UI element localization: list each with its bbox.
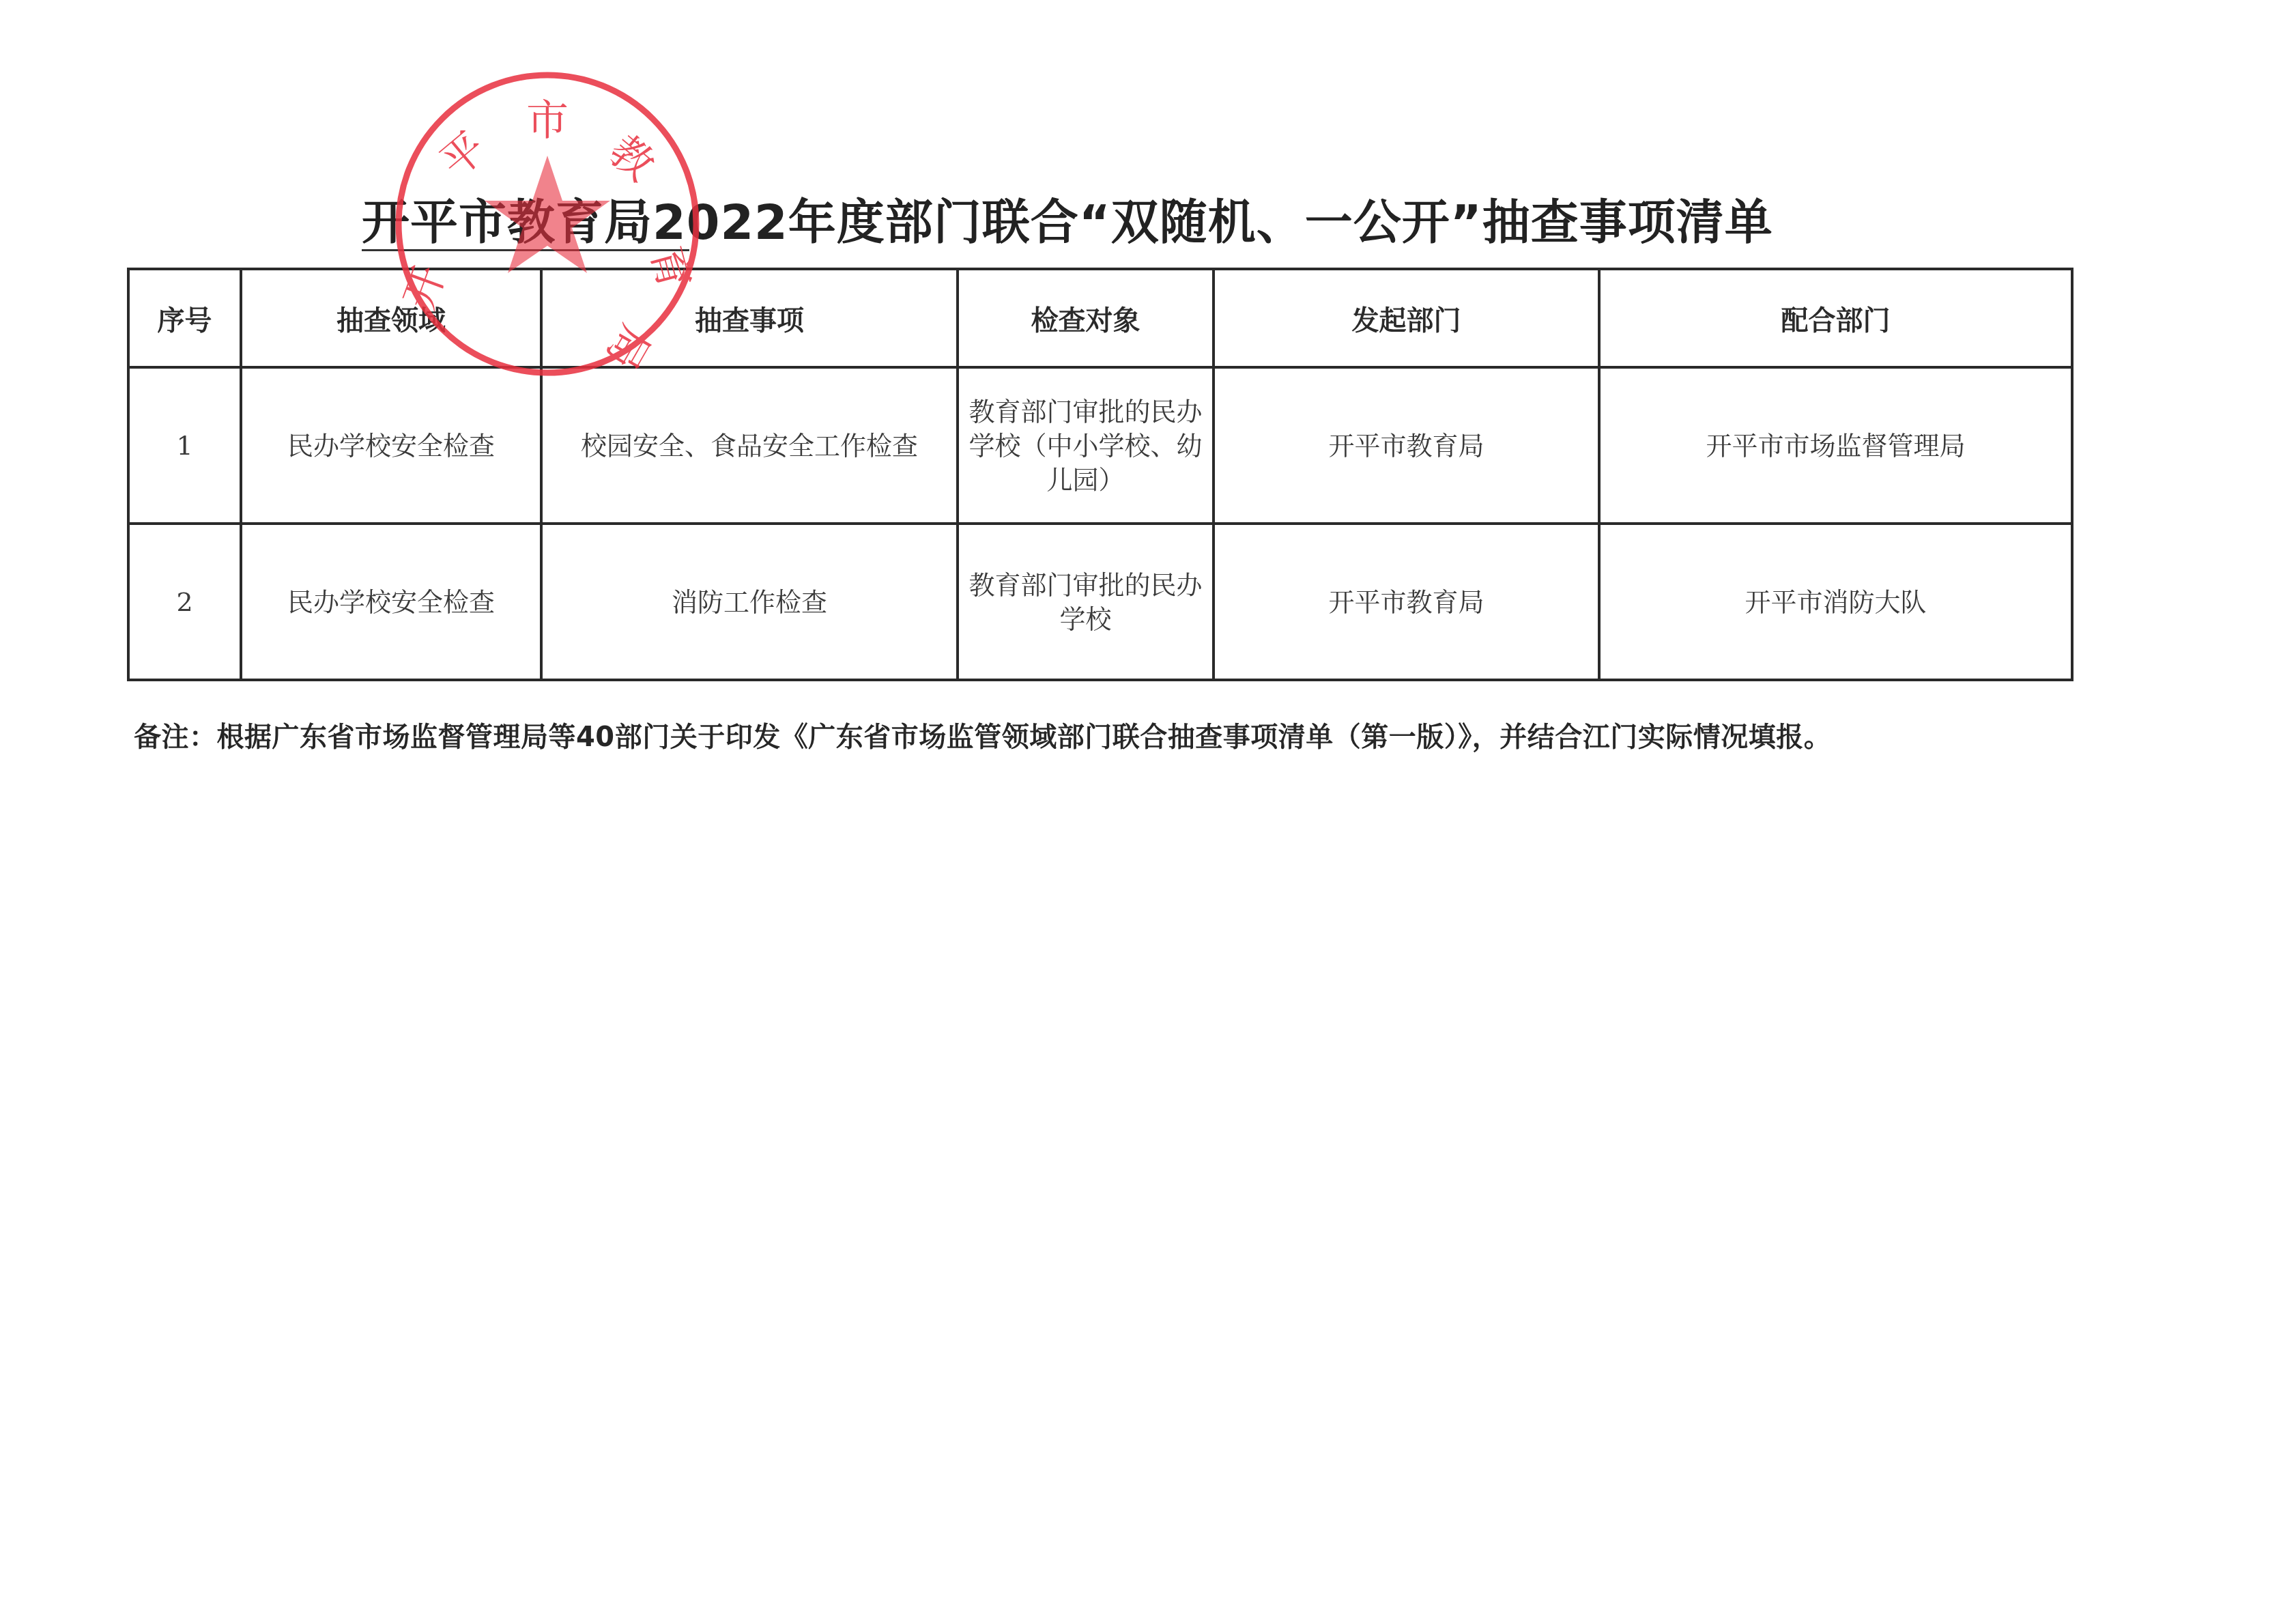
header-item: 抽查事项 bbox=[541, 269, 958, 367]
document-title: 开平市教育局2022年度部门联合“双随机、一公开”抽查事项清单 bbox=[362, 184, 1932, 253]
cell-cooperator: 开平市消防大队 bbox=[1599, 524, 2072, 680]
cell-cooperator: 开平市市场监督管理局 bbox=[1599, 367, 2072, 524]
header-index: 序号 bbox=[128, 269, 241, 367]
title-underline bbox=[362, 249, 689, 251]
cell-index: 2 bbox=[128, 524, 241, 680]
header-initiator: 发起部门 bbox=[1214, 269, 1599, 367]
header-domain: 抽查领域 bbox=[241, 269, 541, 367]
title-block: 开平市教育局2022年度部门联合“双随机、一公开”抽查事项清单 bbox=[362, 184, 1932, 253]
cell-target: 教育部门审批的民办学校 bbox=[958, 524, 1214, 680]
table-row: 1 民办学校安全检查 校园安全、食品安全工作检查 教育部门审批的民办学校（中小学… bbox=[128, 367, 2072, 524]
cell-item: 校园安全、食品安全工作检查 bbox=[541, 367, 958, 524]
footnote: 备注：根据广东省市场监督管理局等40部门关于印发《广东省市场监管领域部门联合抽查… bbox=[134, 715, 1831, 754]
stamp-char: 平 bbox=[431, 122, 495, 188]
table-header-row: 序号 抽查领域 抽查事项 检查对象 发起部门 配合部门 bbox=[128, 269, 2072, 367]
inspection-table: 序号 抽查领域 抽查事项 检查对象 发起部门 配合部门 1 民办学校安全检查 校… bbox=[127, 268, 2073, 681]
cell-item: 消防工作检查 bbox=[541, 524, 958, 680]
cell-domain: 民办学校安全检查 bbox=[241, 367, 541, 524]
cell-domain: 民办学校安全检查 bbox=[241, 524, 541, 680]
table-row: 2 民办学校安全检查 消防工作检查 教育部门审批的民办学校 开平市教育局 开平市… bbox=[128, 524, 2072, 680]
stamp-char: 教 bbox=[600, 126, 664, 191]
cell-target: 教育部门审批的民办学校（中小学校、幼儿园） bbox=[958, 367, 1214, 524]
cell-initiator: 开平市教育局 bbox=[1214, 367, 1599, 524]
cell-index: 1 bbox=[128, 367, 241, 524]
cell-initiator: 开平市教育局 bbox=[1214, 524, 1599, 680]
stamp-char: 市 bbox=[526, 96, 569, 145]
header-target: 检查对象 bbox=[958, 269, 1214, 367]
header-cooperator: 配合部门 bbox=[1599, 269, 2072, 367]
